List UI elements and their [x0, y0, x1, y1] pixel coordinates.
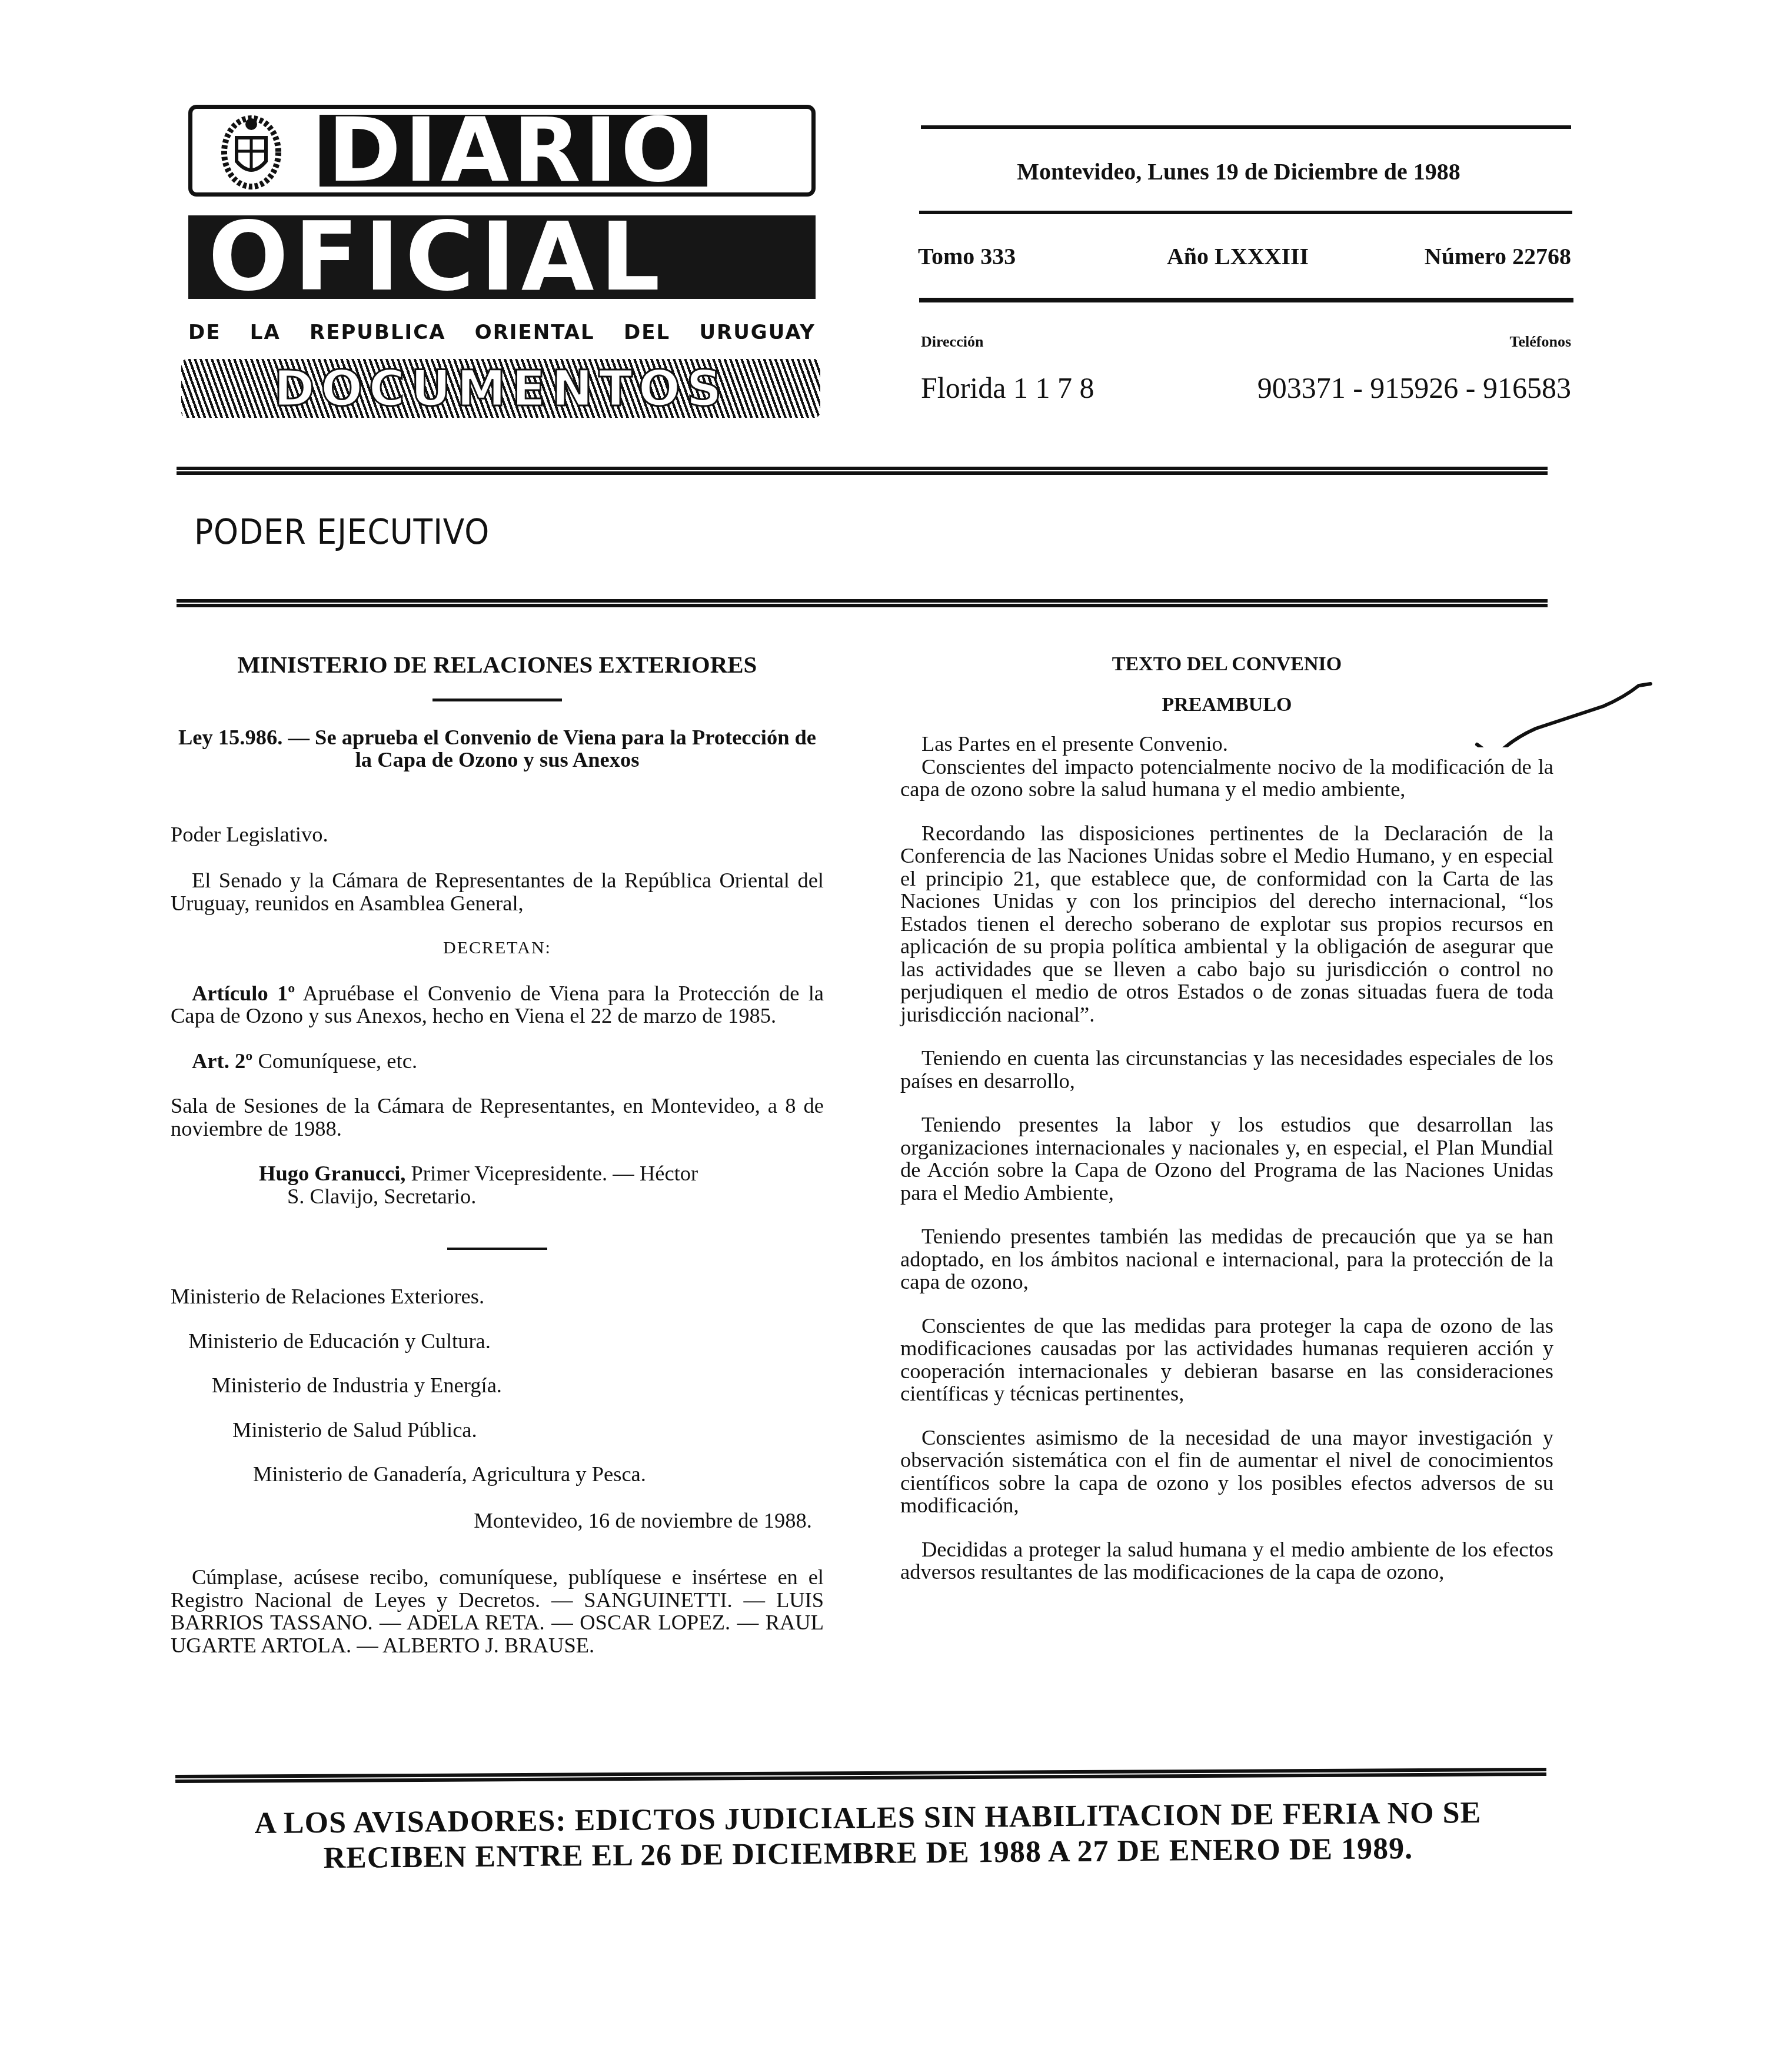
ministry-item: Ministerio de Salud Pública.	[171, 1419, 824, 1442]
tomo: Tomo 333	[918, 242, 1016, 270]
article-2-label: Art. 2º	[192, 1049, 252, 1073]
ministries-list: Ministerio de Relaciones Exteriores. Min…	[171, 1285, 824, 1486]
signatories: Hugo Granucci, Primer Vicepresidente. — …	[171, 1162, 824, 1208]
preamble-paragraph: Teniendo en cuenta las circunstancias y …	[900, 1047, 1553, 1092]
convenio-heading: TEXTO DEL CONVENIO	[900, 653, 1553, 676]
subtitle-word: LA	[250, 321, 281, 344]
preambulo-heading: PREAMBULO	[900, 694, 1553, 717]
header-rule-top	[921, 125, 1571, 129]
article-2: Art. 2º Comuníquese, etc.	[171, 1050, 824, 1073]
signatory-role: Primer Vicepresidente. — Héctor	[411, 1161, 698, 1185]
footer-double-rule	[175, 1768, 1546, 1783]
masthead-documentos-banner: DOCUMENTOS	[181, 359, 820, 418]
direccion-label: Dirección	[921, 333, 983, 351]
ministry-item: Ministerio de Industria y Energía.	[171, 1374, 824, 1397]
cumplase-paragraph: Cúmplase, acúsese recibo, comuníquese, p…	[171, 1566, 824, 1657]
short-divider	[447, 1248, 547, 1250]
subtitle-word: ORIENTAL	[475, 321, 595, 344]
section-title: PODER EJECUTIVO	[194, 512, 490, 552]
subtitle-word: URUGUAY	[699, 321, 816, 344]
issue-date: Montevideo, Lunes 19 de Diciembre de 198…	[918, 158, 1559, 185]
ministry-item: Ministerio de Educación y Cultura.	[171, 1330, 824, 1353]
section-double-rule-top	[177, 467, 1548, 475]
short-divider	[432, 699, 562, 701]
subtitle-word: DEL	[624, 321, 670, 344]
poder-legislativo: Poder Legislativo.	[171, 823, 824, 846]
preamble-paragraph: Recordando las disposiciones pertinentes…	[900, 822, 1553, 1026]
notice-to-advertisers: A LOS AVISADORES: EDICTOS JUDICIALES SIN…	[206, 1795, 1531, 1877]
direccion-value: Florida 1 1 7 8	[921, 371, 1094, 405]
anio: Año LXXXIII	[1167, 242, 1309, 270]
header-rule-mid	[919, 211, 1572, 214]
senado-paragraph: El Senado y la Cámara de Representantes …	[171, 869, 824, 914]
signatory-secretary: S. Clavijo, Secretario.	[259, 1185, 824, 1208]
ministry-item: Ministerio de Relaciones Exteriores.	[171, 1285, 824, 1308]
right-column: TEXTO DEL CONVENIO PREAMBULO Las Partes …	[900, 653, 1553, 1584]
subtitle-word: DE	[188, 321, 221, 344]
article-2-text: Comuníquese, etc.	[258, 1049, 417, 1073]
decretan-heading: DECRETAN:	[171, 937, 824, 960]
preamble-paragraph: Decididas a proteger la salud humana y e…	[900, 1538, 1553, 1584]
preamble-paragraph: Teniendo presentes también las medidas d…	[900, 1225, 1553, 1293]
ministry-item: Ministerio de Ganadería, Agricultura y P…	[171, 1463, 824, 1486]
masthead-subtitle: DE LA REPUBLICA ORIENTAL DEL URUGUAY	[188, 321, 816, 344]
article-1: Artículo 1º Apruébase el Convenio de Vie…	[171, 982, 824, 1027]
article-1-label: Artículo 1º	[192, 981, 295, 1005]
preamble-paragraph: Teniendo presentes la labor y los estudi…	[900, 1113, 1553, 1204]
subtitle-word: REPUBLICA	[310, 321, 445, 344]
checkmark-icon	[1459, 647, 1659, 747]
masthead-oficial-box: OFICIAL	[188, 215, 816, 299]
masthead-title-diario: DIARIO	[320, 115, 707, 187]
preamble-paragraph: Conscientes de que las medidas para prot…	[900, 1315, 1553, 1405]
masthead-diario-box: DIARIO	[188, 105, 816, 197]
ministry-heading: MINISTERIO DE RELACIONES EXTERIORES	[171, 653, 824, 676]
section-double-rule-bottom	[177, 599, 1548, 607]
preamble-paragraph: Las Partes en el presente Convenio.	[900, 733, 1553, 756]
contact-values: Florida 1 1 7 8 903371 - 915926 - 916583	[921, 371, 1571, 405]
masthead-title-oficial: OFICIAL	[208, 210, 666, 304]
sala-paragraph: Sala de Sesiones de la Cámara de Represe…	[171, 1095, 824, 1140]
numero: Número 22768	[1425, 242, 1571, 270]
decree-date: Montevideo, 16 de noviembre de 1988.	[171, 1509, 824, 1532]
law-title: Ley 15.986. — Se aprueba el Convenio de …	[171, 726, 824, 771]
preamble-paragraph: Conscientes asimismo de la necesidad de …	[900, 1426, 1553, 1517]
preamble-paragraph: Conscientes del impacto potencialmente n…	[900, 756, 1553, 801]
telefonos-value: 903371 - 915926 - 916583	[1257, 371, 1571, 405]
documentos-label: DOCUMENTOS	[274, 364, 727, 413]
telefonos-label: Teléfonos	[1510, 333, 1572, 351]
left-column: MINISTERIO DE RELACIONES EXTERIORES Ley …	[171, 653, 824, 1657]
signatory-name: Hugo Granucci,	[259, 1161, 405, 1185]
header-rule-bottom	[919, 298, 1573, 302]
coat-of-arms-icon	[216, 109, 287, 192]
contact-labels: Dirección Teléfonos	[921, 333, 1571, 351]
issue-meta-row: Tomo 333 Año LXXXIII Número 22768	[918, 242, 1571, 270]
